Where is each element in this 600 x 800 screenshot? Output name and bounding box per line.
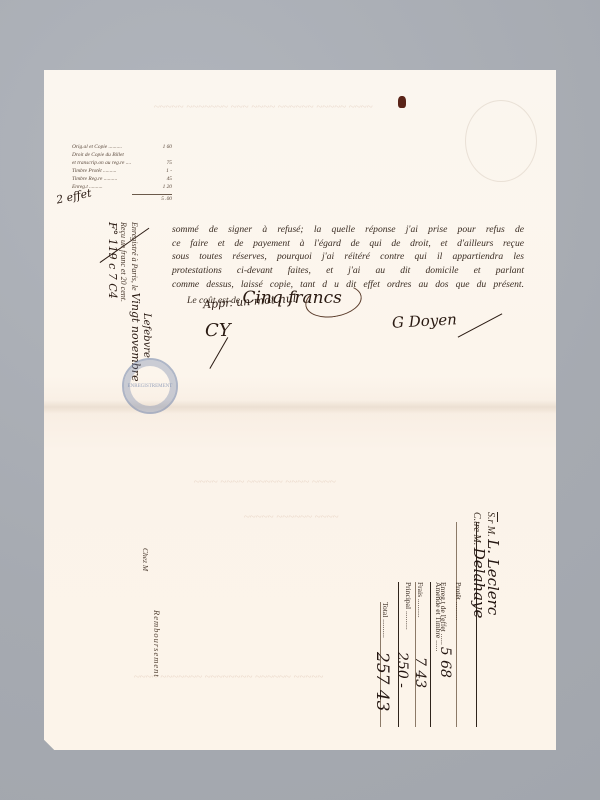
fee-row: Timbre Protêt ..........1 - — [72, 167, 172, 175]
principal-row: Principal .......... — [404, 582, 413, 630]
fee-row: Orig.al et Copie ..........1 60 — [72, 143, 172, 151]
c-m-row: C.tre M. Delahaye — [470, 512, 488, 618]
bleed-through-text: ~~~~ ~~~~ ~~~~~~ ~~~~ ~~~~ — [194, 475, 336, 487]
clerk-signature: Lefebvre — [141, 313, 152, 358]
fee-row: et transcrip.on au reg.re ....75 — [72, 159, 172, 167]
protet-row: Protêt .......... — [454, 582, 463, 621]
principal-value: 250 - — [394, 652, 410, 688]
blue-registration-seal: ENREGISTREMENT — [122, 358, 178, 414]
body-line: sommé de signer à refusé; la quelle répo… — [172, 223, 524, 237]
body-line: ce faire et de payement à l'égard de qui… — [172, 237, 524, 251]
body-line: protestations ci-devant faites, et j'ai … — [172, 264, 524, 278]
total-row: Total .......... — [381, 602, 390, 638]
bailiff-signature: G Doyen — [392, 310, 458, 331]
frais-value: 7 43 — [412, 657, 428, 688]
rule — [456, 522, 457, 727]
faint-seal-outline — [465, 100, 537, 182]
fee-row: Droit de Copie du Billet — [72, 151, 172, 159]
registration-stamp-text: Enregistré à Paris, le Vingt novembre Re… — [107, 222, 141, 382]
frais-row: Frais .......... — [416, 582, 425, 618]
remboursement-label: Remboursement — [152, 610, 162, 678]
bleed-through-text: ~~~~ ~~~~~~ ~~~~~ — [244, 510, 339, 522]
account-block: S.r M. L. Leclerc C.tre M. Delahaye Prot… — [370, 512, 498, 734]
bleed-through-text: ~~~~~ ~~~~~~ ~~~~~~~~ ~~~~~~~ ~~~~ — [134, 670, 324, 682]
registration-folio: F° 119 c 7 C4 — [107, 222, 118, 382]
bleed-through-text: ~~~~ ~~~~~ ~~~~~~ ~~~~ ~~~ ~~~~~~~ ~~~~~ — [154, 100, 373, 112]
ink-stain — [398, 96, 406, 108]
c-m-value: Delahaye — [470, 548, 488, 619]
body-line: sous toutes réserves, pourquoi j'ai réit… — [172, 250, 524, 264]
total-value: 257 43 — [372, 652, 392, 711]
amende-row: Amende et Timbre ...... — [434, 582, 443, 651]
paper-fold — [44, 400, 556, 414]
fee-row: Timbre Reg.re ..........45 — [72, 175, 172, 183]
chez-label: Chez M — [141, 548, 150, 571]
rule — [430, 582, 431, 727]
